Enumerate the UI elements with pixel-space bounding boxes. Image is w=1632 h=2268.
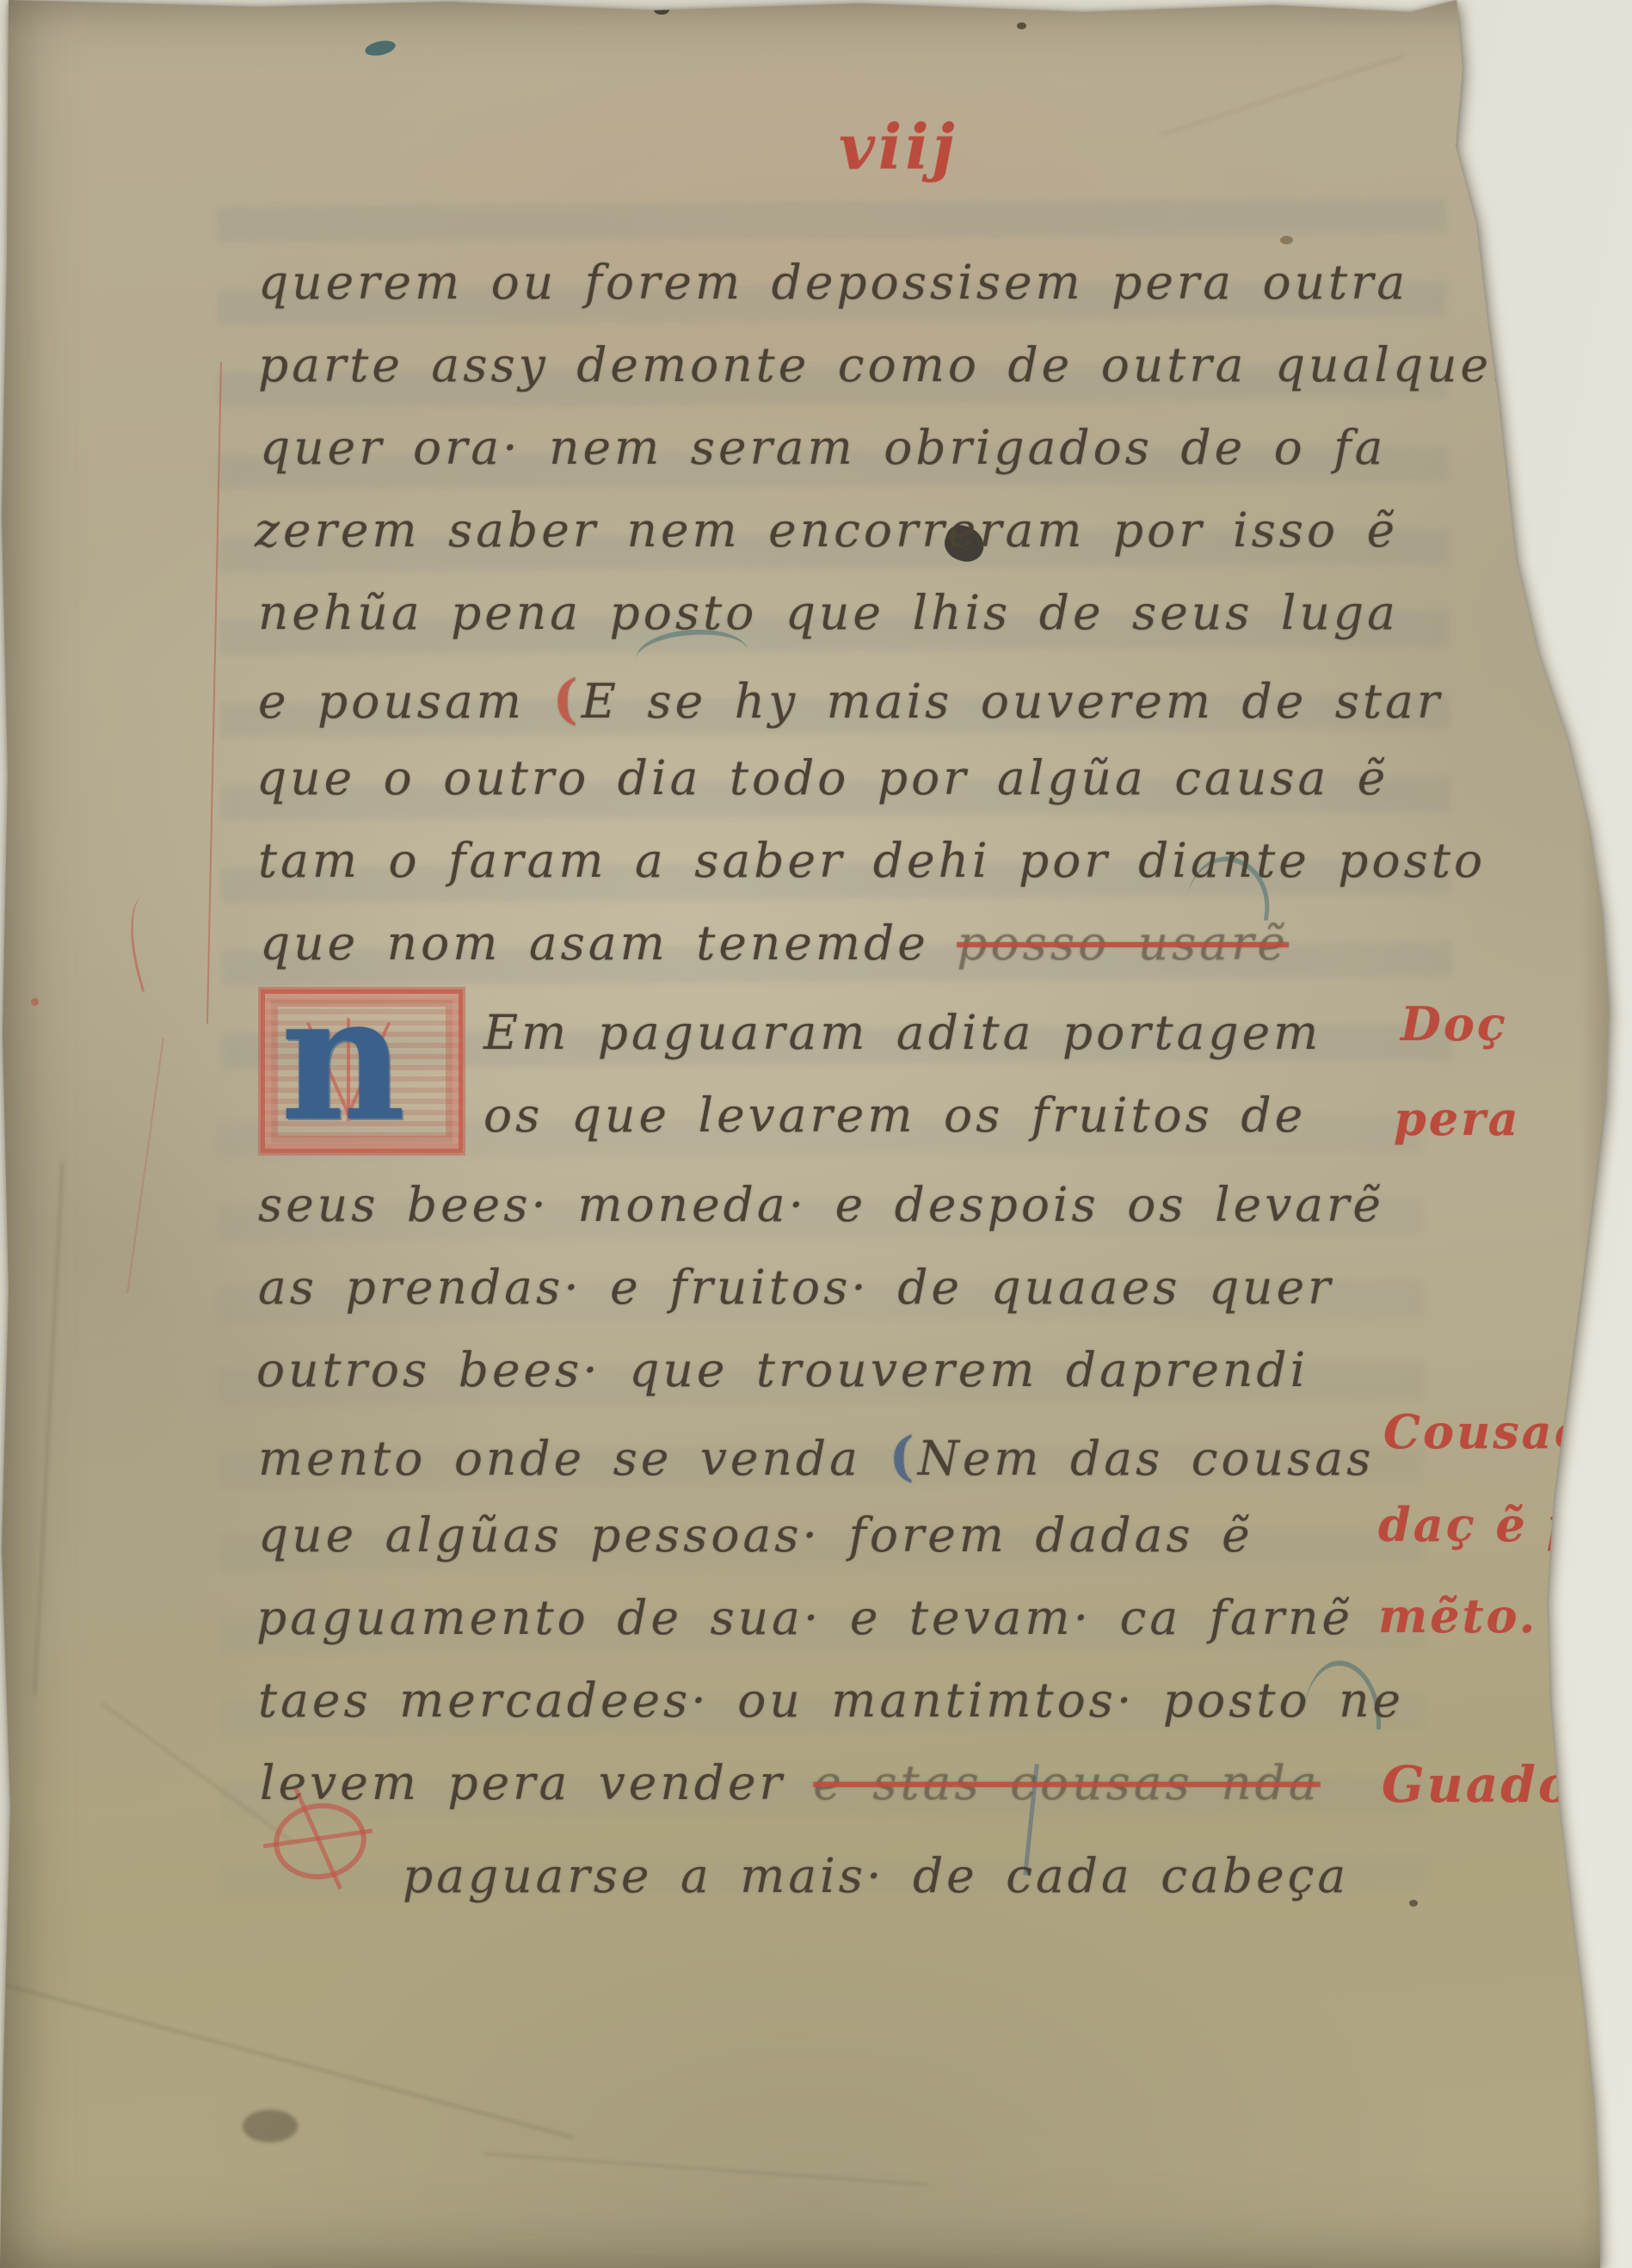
margin-note-doc-line1: Doç: [1401, 996, 1508, 1051]
red-ruling-line: [206, 361, 222, 1024]
line-text: paguamento de sua· e tevam· ca farnẽ: [256, 1590, 1353, 1645]
text-line: que o outro dia todo por algũa causa ẽ: [256, 750, 1389, 805]
margin-note-cousas-line3: mẽto.: [1378, 1588, 1537, 1643]
line-text: quer ora· nem seram obrigados de o fa: [260, 420, 1386, 475]
line-text: que nom asam tenemde: [260, 915, 957, 971]
torn-edge-stain: [1572, 0, 1632, 2268]
red-speck: [31, 998, 39, 1006]
folio-number: viij: [839, 110, 958, 183]
speck: [1280, 236, 1293, 244]
line-text: tam o faram a saber dehi por diante post…: [258, 833, 1486, 888]
teal-speck: [364, 38, 397, 58]
line-text: seus bees· moneda· e despois os levarẽ: [258, 1177, 1384, 1232]
line-text: que algũas pessoas· forem dadas ẽ: [258, 1507, 1253, 1562]
line-text: zerem saber nem encorreram por isso ẽ: [255, 502, 1398, 558]
line-text: e pousam: [258, 674, 552, 729]
line-text: taes mercadees· ou mantimtos· posto ne: [258, 1673, 1404, 1728]
margin-note-cousas-line1: Cousaç: [1383, 1404, 1586, 1459]
text-line: e pousam (E se hy mais ouverem de star: [258, 668, 1443, 730]
paragraph-mark: (: [552, 668, 581, 730]
text-line: quer ora· nem seram obrigados de o fa: [260, 420, 1386, 475]
text-line: nehũa pena posto que lhis de seus luga: [258, 585, 1399, 640]
margin-note-guado: Guado.: [1382, 1755, 1593, 1814]
red-penwork-flourish: [118, 887, 200, 992]
margin-note-doc-line2: pera: [1394, 1091, 1521, 1146]
margin-note-cousas-line2: daç ẽ pa: [1378, 1497, 1614, 1552]
line-text: levem pera vender: [260, 1755, 813, 1810]
crease: [34, 1162, 64, 1694]
line-text: outros bees· que trouverem daprendi: [256, 1342, 1309, 1397]
line-text: Em paguaram adita portagem: [483, 1005, 1321, 1060]
speck: [1409, 1900, 1418, 1907]
parchment-sheet: viij n querem ou forem depossisem pera o…: [0, 0, 1632, 2268]
parchment-surface: viij n querem ou forem depossisem pera o…: [0, 0, 1632, 2268]
text-line: mento onde se venda (Nem das cousas: [258, 1425, 1374, 1488]
struck-text: posso usarẽ: [957, 915, 1289, 971]
line-text: Nem das cousas: [918, 1431, 1375, 1486]
text-line: parte assy demonte como de outra qualque…: [258, 337, 1518, 392]
line-text: mento onde se venda: [258, 1431, 889, 1486]
text-line: as prendas· e fruitos· de quaaes quer: [258, 1260, 1333, 1315]
text-line: que algũas pessoas· forem dadas ẽ: [258, 1507, 1253, 1562]
crease: [1159, 55, 1405, 137]
line-text: que o outro dia todo por algũa causa ẽ: [256, 750, 1389, 805]
line-text: parte assy demonte como de outra qualque…: [258, 337, 1518, 392]
text-line: que nom asam tenemde posso usarẽ: [260, 915, 1289, 971]
decorated-initial-frame: n: [261, 989, 463, 1153]
text-line: paguarse a mais· de cada cabeça: [403, 1848, 1349, 1903]
text-line: levem pera vender e stas cousas nda: [260, 1755, 1321, 1810]
line-text: E se hy mais ouverem de star: [582, 674, 1443, 729]
text-line: taes mercadees· ou mantimtos· posto ne: [258, 1673, 1404, 1728]
parchment-hole: [243, 2110, 298, 2142]
line-text: querem ou forem depossisem pera outra: [258, 255, 1408, 310]
text-line: outros bees· que trouverem daprendi: [256, 1342, 1309, 1397]
text-line: seus bees· moneda· e despois os levarẽ: [258, 1177, 1384, 1232]
line-text: nehũa pena posto que lhis de seus luga: [258, 585, 1399, 640]
red-ruling-line: [126, 1038, 164, 1293]
manuscript-scan: { "folio": { "number": "viij" }, "initia…: [0, 0, 1632, 2268]
text-line: tam o faram a saber dehi por diante post…: [258, 833, 1486, 888]
text-line: os que levarem os fruitos de: [483, 1088, 1306, 1143]
paragraph-mark: (: [889, 1425, 917, 1488]
line-text: os que levarem os fruitos de: [483, 1088, 1306, 1143]
red-circled-cross-mark: [268, 1797, 371, 1885]
crease: [483, 2153, 929, 2185]
speck: [654, 5, 669, 15]
text-line: paguamento de sua· e tevam· ca farnẽ: [256, 1590, 1353, 1645]
initial-letter: n: [280, 958, 405, 1160]
speck: [1017, 22, 1026, 29]
line-text: as prendas· e fruitos· de quaaes quer: [258, 1260, 1333, 1315]
struck-text: e stas cousas nda: [813, 1755, 1320, 1810]
text-line: querem ou forem depossisem pera outra: [258, 255, 1408, 310]
text-line: Em paguaram adita portagem: [483, 1005, 1321, 1060]
line-text: paguarse a mais· de cada cabeça: [403, 1848, 1349, 1903]
text-line: zerem saber nem encorreram por isso ẽ: [255, 502, 1398, 558]
